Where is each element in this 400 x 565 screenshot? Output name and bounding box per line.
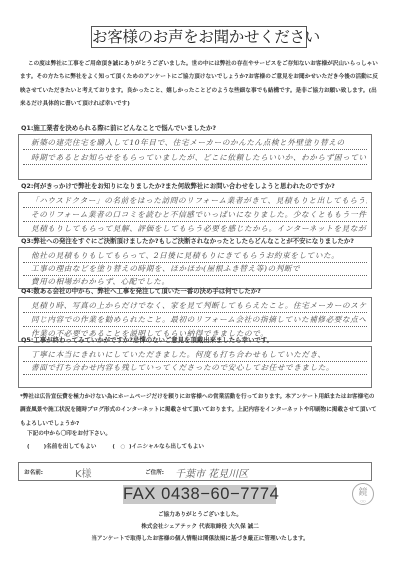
name-label: お名前:: [24, 468, 43, 476]
consent-mark: ○: [117, 444, 129, 450]
address-value[interactable]: 千葉市 花見川区: [175, 465, 248, 480]
question-2-answer-box: 「ハウスドクター」の名前をはった訪問のリフォーム業者がきて、見積もりと出してもら…: [18, 192, 372, 237]
address-label: ご住所:: [145, 468, 164, 476]
answer-line: そのリフォーム業者の口コミを読むと不信感でいっぱいになりました。少なくとももう一…: [23, 207, 367, 222]
question-3-label: Q3:弊社への発注をすぐにご決断頂けましたか?もしご決断されなかったとしたらどん…: [21, 237, 354, 246]
answer-line: 「ハウスドクター」の名前をはった訪問のリフォーム業者がきて、見積もりと出してもら…: [23, 193, 367, 208]
thanks-text: ご協力ありがとうございました。: [0, 510, 400, 518]
consent-option-name[interactable]: ()名前を出してもよい: [27, 442, 96, 450]
question-1-answer-box: 新築の建売住宅を購入して10年目で、住宅メーカーのかんたん点検と外壁塗り替えの …: [18, 134, 372, 180]
customer-info-box: お名前: K様 ご住所: 千葉市 花見川区: [18, 462, 372, 481]
consent-option-initials[interactable]: (○)イニシャルなら出してもよい: [112, 442, 204, 450]
fax-number: FAX 0438−60−7774: [123, 485, 276, 504]
answer-line: [23, 373, 367, 388]
answer-line: 見積り時、写真の上からだけでなく、家を見て判断してもらえたこと。住宅メーカーのス…: [23, 298, 367, 313]
seal-stamp-icon: 鏡 ○○: [352, 483, 374, 505]
name-value[interactable]: K様: [75, 465, 92, 480]
answer-line: [23, 165, 367, 180]
question-5-label: Q5:工事が終わってみていかがですか?忌憚のないご意見を頂戴出来ましたら幸いです…: [21, 336, 273, 345]
intro-text: この度は弊社に工事をご用命頂き誠にありがとうございました。世の中には弊社の存在や…: [20, 58, 382, 111]
publication-notice: *弊社は広告宣伝費を極力かけない為にホームページだけを頼りにお客様への営業活動を…: [20, 391, 380, 431]
consent-options: ()名前を出してもよい (○)イニシャルなら出してもよい: [27, 442, 204, 450]
consent-instruction: 下記の中から〇印をお付下さい。: [27, 429, 111, 437]
answer-line: 時期であるとお知らせをもらっていましたが、どこに依頼したらいいか、わからず困って…: [23, 150, 367, 165]
answer-line: 新築の建売住宅を購入して10年目で、住宅メーカーのかんたん点検と外壁塗り替えの: [23, 135, 367, 150]
question-5-answer-box: 丁寧に本当にきれいにしていただきました。何度も打ち合わせもしていただき、 書面で…: [18, 346, 372, 388]
privacy-text: 当アンケートで取得したお客様の個人情報は関係法規に基づき厳正に管理いたします。: [0, 534, 400, 542]
question-3-answer-box: 他社の見積もりもしてもらって、2日後に見積もりにきてもらうお約束をしていた。 工…: [18, 247, 372, 289]
page-title: お客様のお声をお聞かせください: [91, 26, 307, 48]
question-1-label: Q1:施工業者を決められる際に前にどんなことで悩んでいましたか?: [21, 124, 216, 133]
company-text: 株式会社シェアテック 代表取締役 大久保 誠二: [0, 522, 400, 530]
question-4-label: Q4:数ある会社の中から、弊社へ工事を発注して頂いた一番の決め手は何でしたか?: [21, 287, 261, 296]
question-2-label: Q2:何がきっかけで弊社をお知りになりましたか?また何故弊社にお問い合わせをしよ…: [21, 182, 335, 191]
answer-line: 同じ内容での作業を勧められたこと。最初のリフォーム会社の指摘していた補修必要な点…: [23, 312, 367, 327]
answer-line: 見積もりしてもらって見解、評価をしてもらう必要を感じたから。インターネットを見な…: [23, 221, 367, 236]
